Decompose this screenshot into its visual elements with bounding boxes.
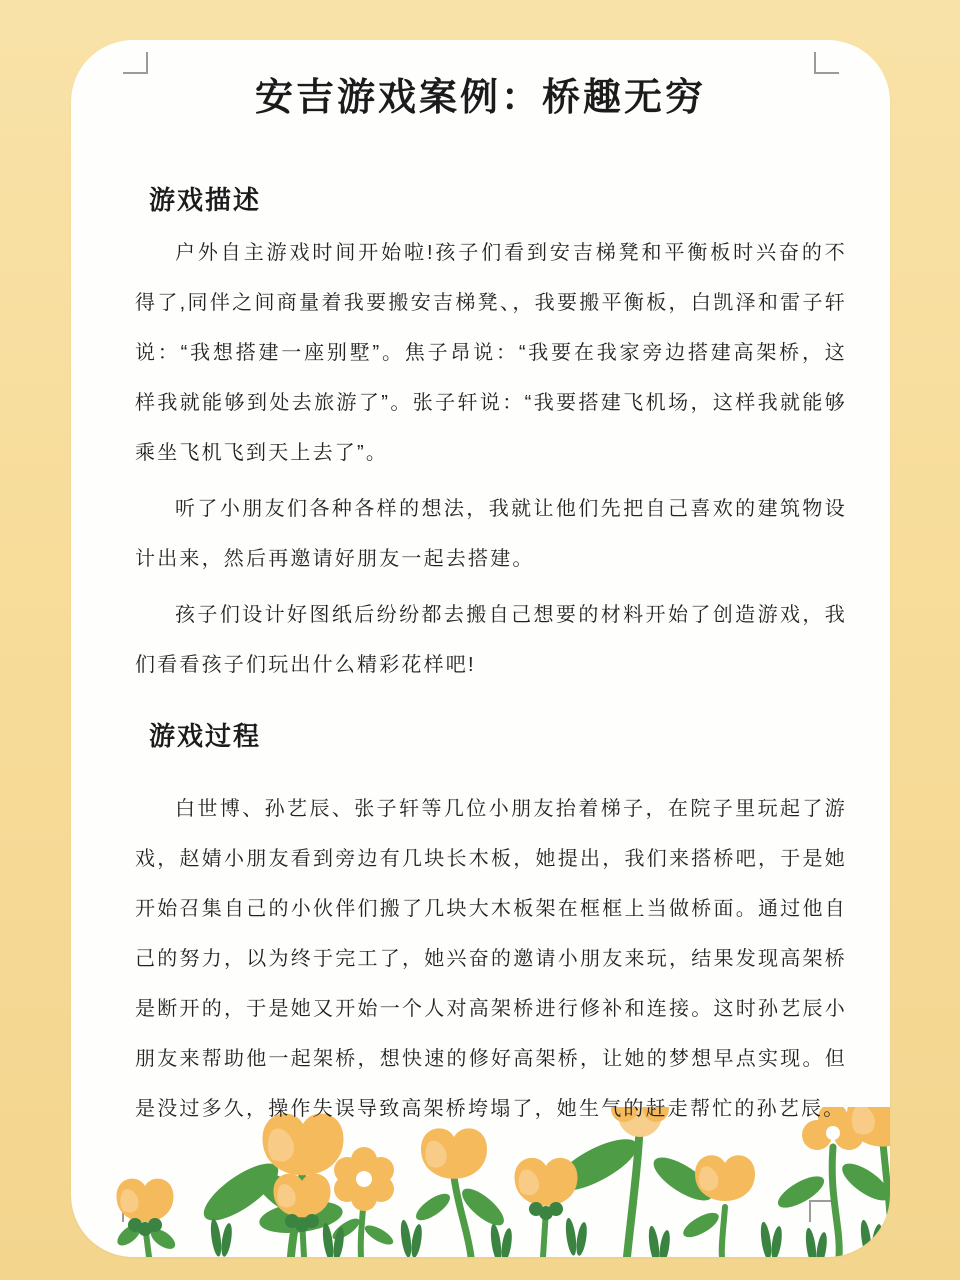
paragraph: 白世博、孙艺辰、张子轩等几位小朋友抬着梯子，在院子里玩起了游戏，赵婧小朋友看到旁… [135,784,847,1134]
paragraph: 孩子们设计好图纸后纷纷都去搬自己想要的材料开始了创造游戏，我们看看孩子们玩出什么… [135,590,847,690]
paragraph: 听了小朋友们各种各样的想法，我就让他们先把自己喜欢的建筑物设计出来，然后再邀请好… [135,484,847,584]
document-body: 游戏描述 户外自主游戏时间开始啦!孩子们看到安吉梯凳和平衡板时兴奋的不得了,同伴… [71,184,890,1134]
section-heading-game-process: 游戏过程 [149,720,847,752]
paragraph: 户外自主游戏时间开始啦!孩子们看到安吉梯凳和平衡板时兴奋的不得了,同伴之间商量着… [135,228,847,478]
page-title: 安吉游戏案例：桥趣无穷 [101,76,860,120]
corner-mark-top-left [123,52,148,74]
document-card: 安吉游戏案例：桥趣无穷 游戏描述 户外自主游戏时间开始啦!孩子们看到安吉梯凳和平… [71,40,890,1257]
corner-mark-top-right [814,52,839,74]
section-heading-game-description: 游戏描述 [149,184,847,216]
